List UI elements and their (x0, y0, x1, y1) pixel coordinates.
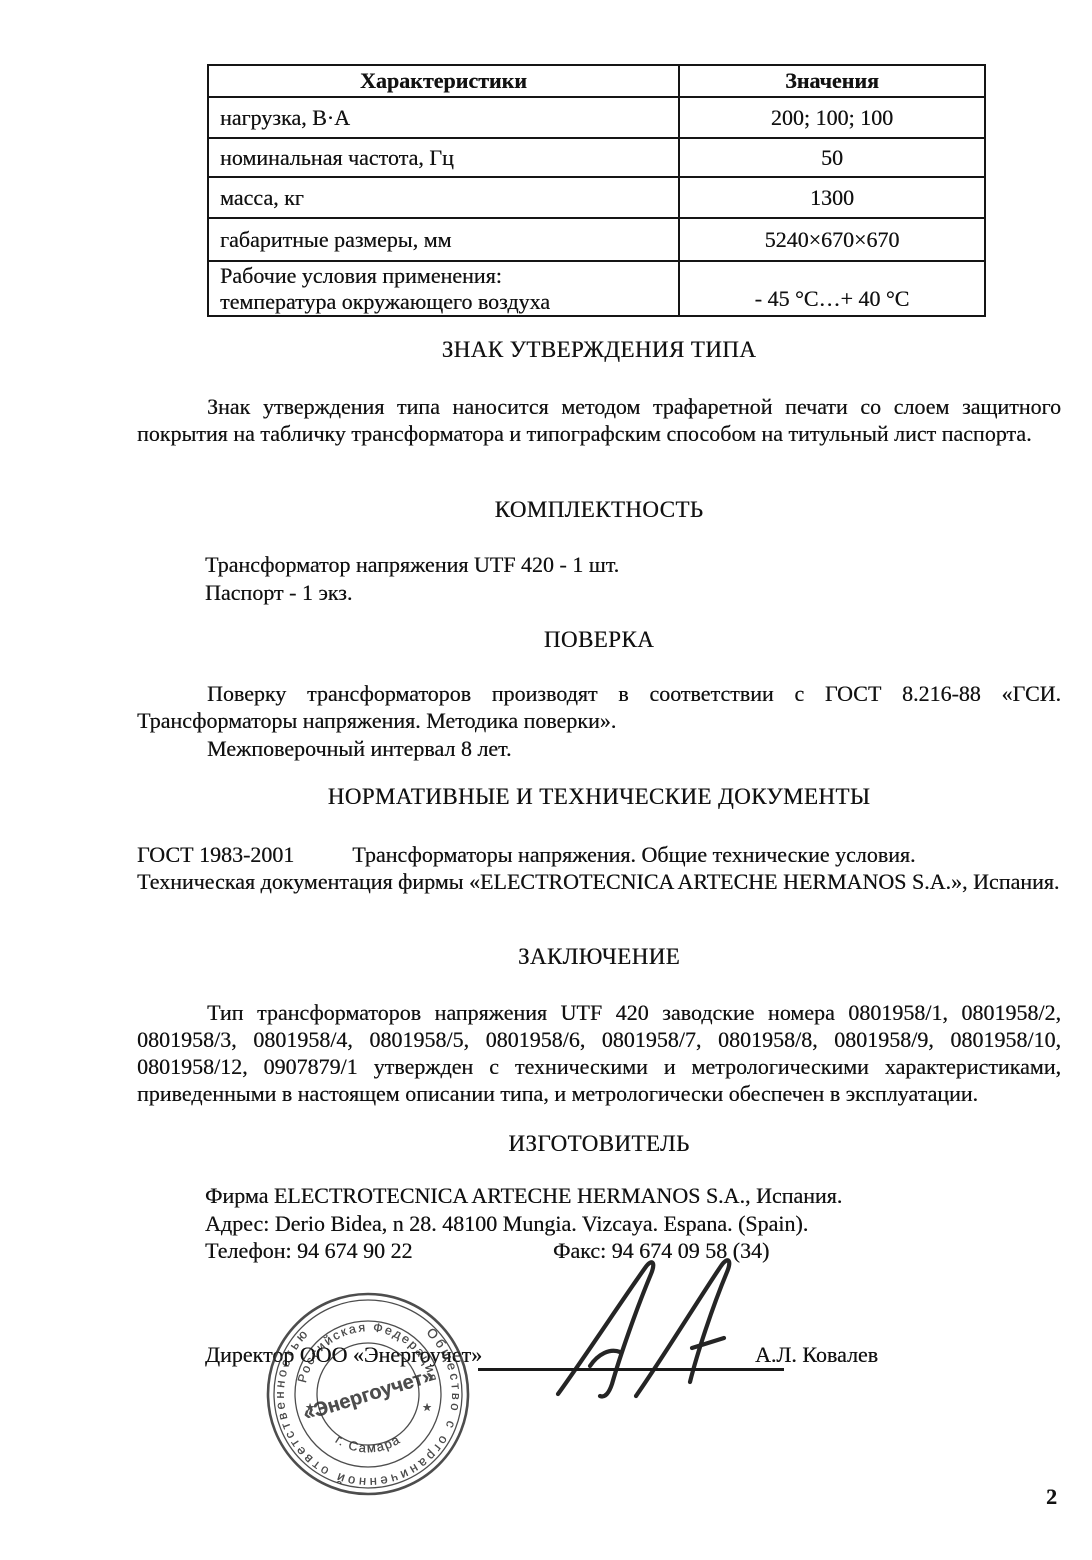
approval-mark-paragraph: Знак утверждения типа наносится методом … (137, 393, 1061, 447)
phone-number: Телефон: 94 674 90 22 (205, 1238, 413, 1263)
handwritten-signature (440, 1246, 800, 1401)
manufacturer-address-line: Адрес: Derio Bidea, n 28. 48100 Mungia. … (205, 1210, 1065, 1238)
verification-interval-line: Межповерочный интервал 8 лет. (137, 735, 1061, 762)
table-header-row: Характеристики Значения (208, 65, 985, 97)
verification-paragraph: Поверку трансформаторов производят в соо… (137, 680, 1061, 734)
row-value: 1300 (679, 177, 985, 218)
table-row: нагрузка, В·А 200; 100; 100 (208, 97, 985, 138)
table-row: масса, кг 1300 (208, 177, 985, 218)
completeness-line: Трансформатор напряжения UTF 420 - 1 шт. (205, 551, 619, 579)
seal-star-right-icon: ★ (422, 1402, 432, 1414)
tech-doc-line: Техническая документация фирмы «ELECTROT… (137, 868, 1061, 895)
section-title-manufacturer: ИЗГОТОВИТЕЛЬ (137, 1131, 1061, 1157)
row-value: 200; 100; 100 (679, 97, 985, 138)
row-label: габаритные размеры, мм (208, 218, 679, 261)
page-number: 2 (1046, 1484, 1057, 1510)
row-value: 50 (679, 138, 985, 177)
spec-table: Характеристики Значения нагрузка, В·А 20… (207, 64, 986, 317)
row-label: номинальная частота, Гц (208, 138, 679, 177)
row-label: нагрузка, В·А (208, 97, 679, 138)
seal-ring-inner-bottom-text: г. Самара (333, 1432, 403, 1456)
document-page: Характеристики Значения нагрузка, В·А 20… (0, 0, 1092, 1560)
column-header-characteristics: Характеристики (208, 65, 679, 97)
row-label: Рабочие условия применения: температура … (208, 261, 679, 316)
manufacturer-firm-line: Фирма ELECTROTECNICA ARTECHE HERMANOS S.… (205, 1182, 1065, 1210)
section-title-conclusion: ЗАКЛЮЧЕНИЕ (137, 944, 1061, 970)
column-header-values: Значения (679, 65, 985, 97)
section-title-approval-mark: ЗНАК УТВЕРЖДЕНИЯ ТИПА (137, 337, 1061, 363)
table-row: номинальная частота, Гц 50 (208, 138, 985, 177)
conclusion-paragraph: Тип трансформаторов напряжения UTF 420 з… (137, 999, 1061, 1107)
row-value: - 45 °C…+ 40 °C (679, 261, 985, 316)
row-value: 5240×670×670 (679, 218, 985, 261)
gost-title: Трансформаторы напряжения. Общие техниче… (352, 842, 915, 867)
section-title-documents: НОРМАТИВНЫЕ И ТЕХНИЧЕСКИЕ ДОКУМЕНТЫ (137, 784, 1061, 810)
completeness-line: Паспорт - 1 экз. (205, 579, 619, 607)
table-row: Рабочие условия применения: температура … (208, 261, 985, 316)
table-row: габаритные размеры, мм 5240×670×670 (208, 218, 985, 261)
gost-reference-line: ГОСТ 1983-2001Трансформаторы напряжения.… (137, 841, 1061, 868)
section-title-verification: ПОВЕРКА (137, 627, 1061, 653)
gost-code: ГОСТ 1983-2001 (137, 842, 294, 867)
row-label: масса, кг (208, 177, 679, 218)
completeness-lines: Трансформатор напряжения UTF 420 - 1 шт.… (205, 551, 619, 607)
section-title-completeness: КОМПЛЕКТНОСТЬ (137, 497, 1061, 523)
